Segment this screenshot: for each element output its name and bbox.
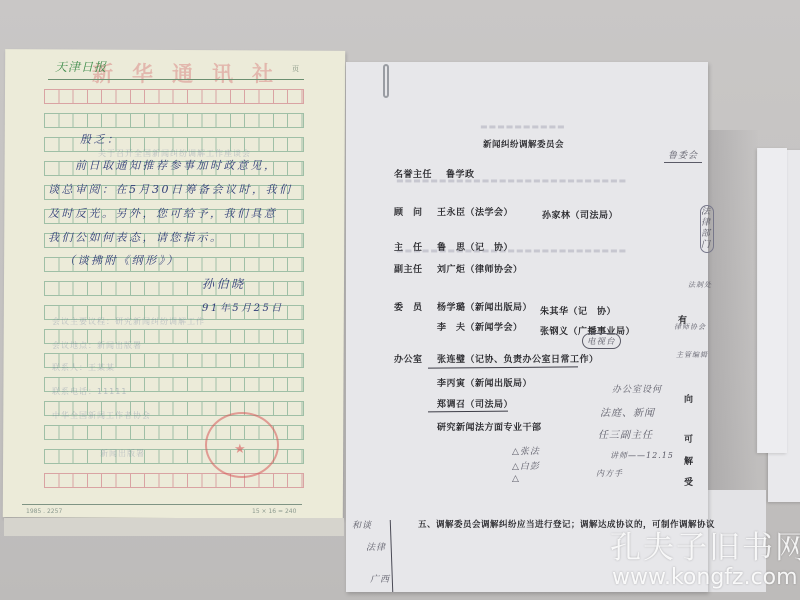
sheet-shadow	[4, 518, 344, 536]
pencil-circled-note: 法律部门	[700, 205, 714, 253]
role-label: 办公室	[394, 352, 423, 365]
pencil-margin-note: 和谈	[352, 518, 372, 531]
background-sheet	[757, 148, 787, 453]
bleed-through-text: 会议地点：新闻出版署	[52, 340, 142, 351]
role-label: 顾 问	[394, 205, 423, 218]
bleed-through-text: 会议主要议程：研究新闻纠纷调解工作	[52, 316, 205, 327]
pencil-list-mark: △	[512, 474, 520, 484]
edge-char: 解	[684, 454, 694, 467]
edge-char: 可	[684, 432, 694, 445]
member-name: 李 夫（新闻学会）	[437, 320, 523, 333]
bleed-through-text: 联系人：王某某	[52, 362, 115, 373]
footer-rule	[22, 504, 302, 505]
page-mark: 页	[292, 64, 299, 74]
pencil-circled-note: 电视台	[582, 333, 621, 349]
member-name: 刘广炬（律师协会）	[437, 262, 523, 275]
edge-char: 受	[684, 475, 694, 488]
grid-row	[44, 113, 304, 128]
masthead-handwritten: 天津日报	[55, 58, 107, 75]
pencil-note: 法庭、新闻	[600, 404, 655, 419]
pencil-note: 法制处	[688, 280, 712, 290]
paperclip-icon	[383, 64, 389, 98]
pencil-rule	[664, 162, 702, 163]
pencil-list-mark: △白彭	[512, 459, 540, 472]
member-name: 李丙寅（新闻出版局）	[437, 376, 532, 389]
grid-row	[44, 473, 304, 488]
role-label: 委 员	[394, 300, 423, 313]
site-watermark-cn: 孔夫子旧书网	[610, 522, 800, 567]
site-watermark-url: www.kongfz.com	[612, 565, 798, 590]
member-name: 王永臣（法学会）	[437, 205, 513, 218]
grid-row	[44, 281, 304, 296]
pencil-margin-note: 法律	[366, 540, 386, 553]
sheet-shadow	[708, 130, 758, 490]
member-name: 郑调召（司法局）	[437, 397, 513, 410]
role-label: 主 任	[394, 240, 423, 253]
edge-char: 有	[678, 313, 688, 326]
member-name: 研究新闻法方面专业干部	[437, 420, 542, 433]
letter-note: （谈拂附《纲形》）	[64, 252, 180, 268]
bleed-through-text: 中华全国新闻工作者协会	[52, 410, 151, 421]
star-icon: ★	[234, 442, 246, 457]
letter-line: 我们公如何表态，请您指示。	[48, 229, 224, 245]
pencil-note: 主管编辑	[676, 350, 708, 360]
member-name: 孙家林（司法局）	[542, 208, 618, 221]
pencil-note: 讲师——12.15	[610, 450, 674, 461]
pencil-list-mark: △张法	[512, 444, 540, 457]
member-name: 张连璧（记协、负责办公室日常工作）	[437, 352, 599, 365]
pencil-margin-note: 广西	[370, 572, 390, 585]
masthead-rule	[48, 79, 304, 80]
member-name: 杨学璐（新闻出版局）	[437, 300, 532, 313]
member-name: 朱其华（记 协）	[540, 304, 616, 317]
member-name: 鲁 思（记 协）	[437, 240, 513, 253]
letter-salutation: 殷乏：	[80, 131, 121, 147]
document-title: 新闻纠纷调解委员会	[483, 138, 564, 150]
letter-signature: 孙伯晓	[202, 275, 246, 292]
role-label: 名誉主任	[394, 167, 432, 180]
footer-code: 1985 . 2257	[26, 508, 62, 515]
letter-line: 前日取通知推荐参事加时政意见，	[48, 157, 278, 173]
letter-date: 91年5月25日	[202, 299, 284, 314]
bleed-through-text: ▬▬▬▬▬▬▬▬▬▬	[480, 122, 566, 131]
bleed-through-text: 新闻出版署	[100, 448, 145, 459]
pencil-note: 内方手	[596, 468, 623, 479]
pencil-note: 任三副主任	[598, 426, 653, 441]
pencil-note: 鲁委会	[668, 148, 698, 161]
masthead-print-watermark: 新华通讯社	[92, 58, 292, 88]
edge-char: 向	[684, 392, 694, 405]
role-label: 副主任	[394, 262, 423, 275]
bleed-through-text: 联系电话：11111	[52, 386, 127, 397]
member-name: 鲁学政	[446, 167, 475, 180]
grid-row	[44, 89, 304, 104]
footer-grid-size: 15 × 16 = 240	[252, 508, 296, 515]
letter-line: 及时反光。另外，您可给予，我们具意	[48, 205, 278, 221]
pencil-note: 办公室设何	[612, 382, 662, 395]
letter-line: 谈总审阅：在5月30日筹备会议时，我们	[48, 181, 293, 197]
